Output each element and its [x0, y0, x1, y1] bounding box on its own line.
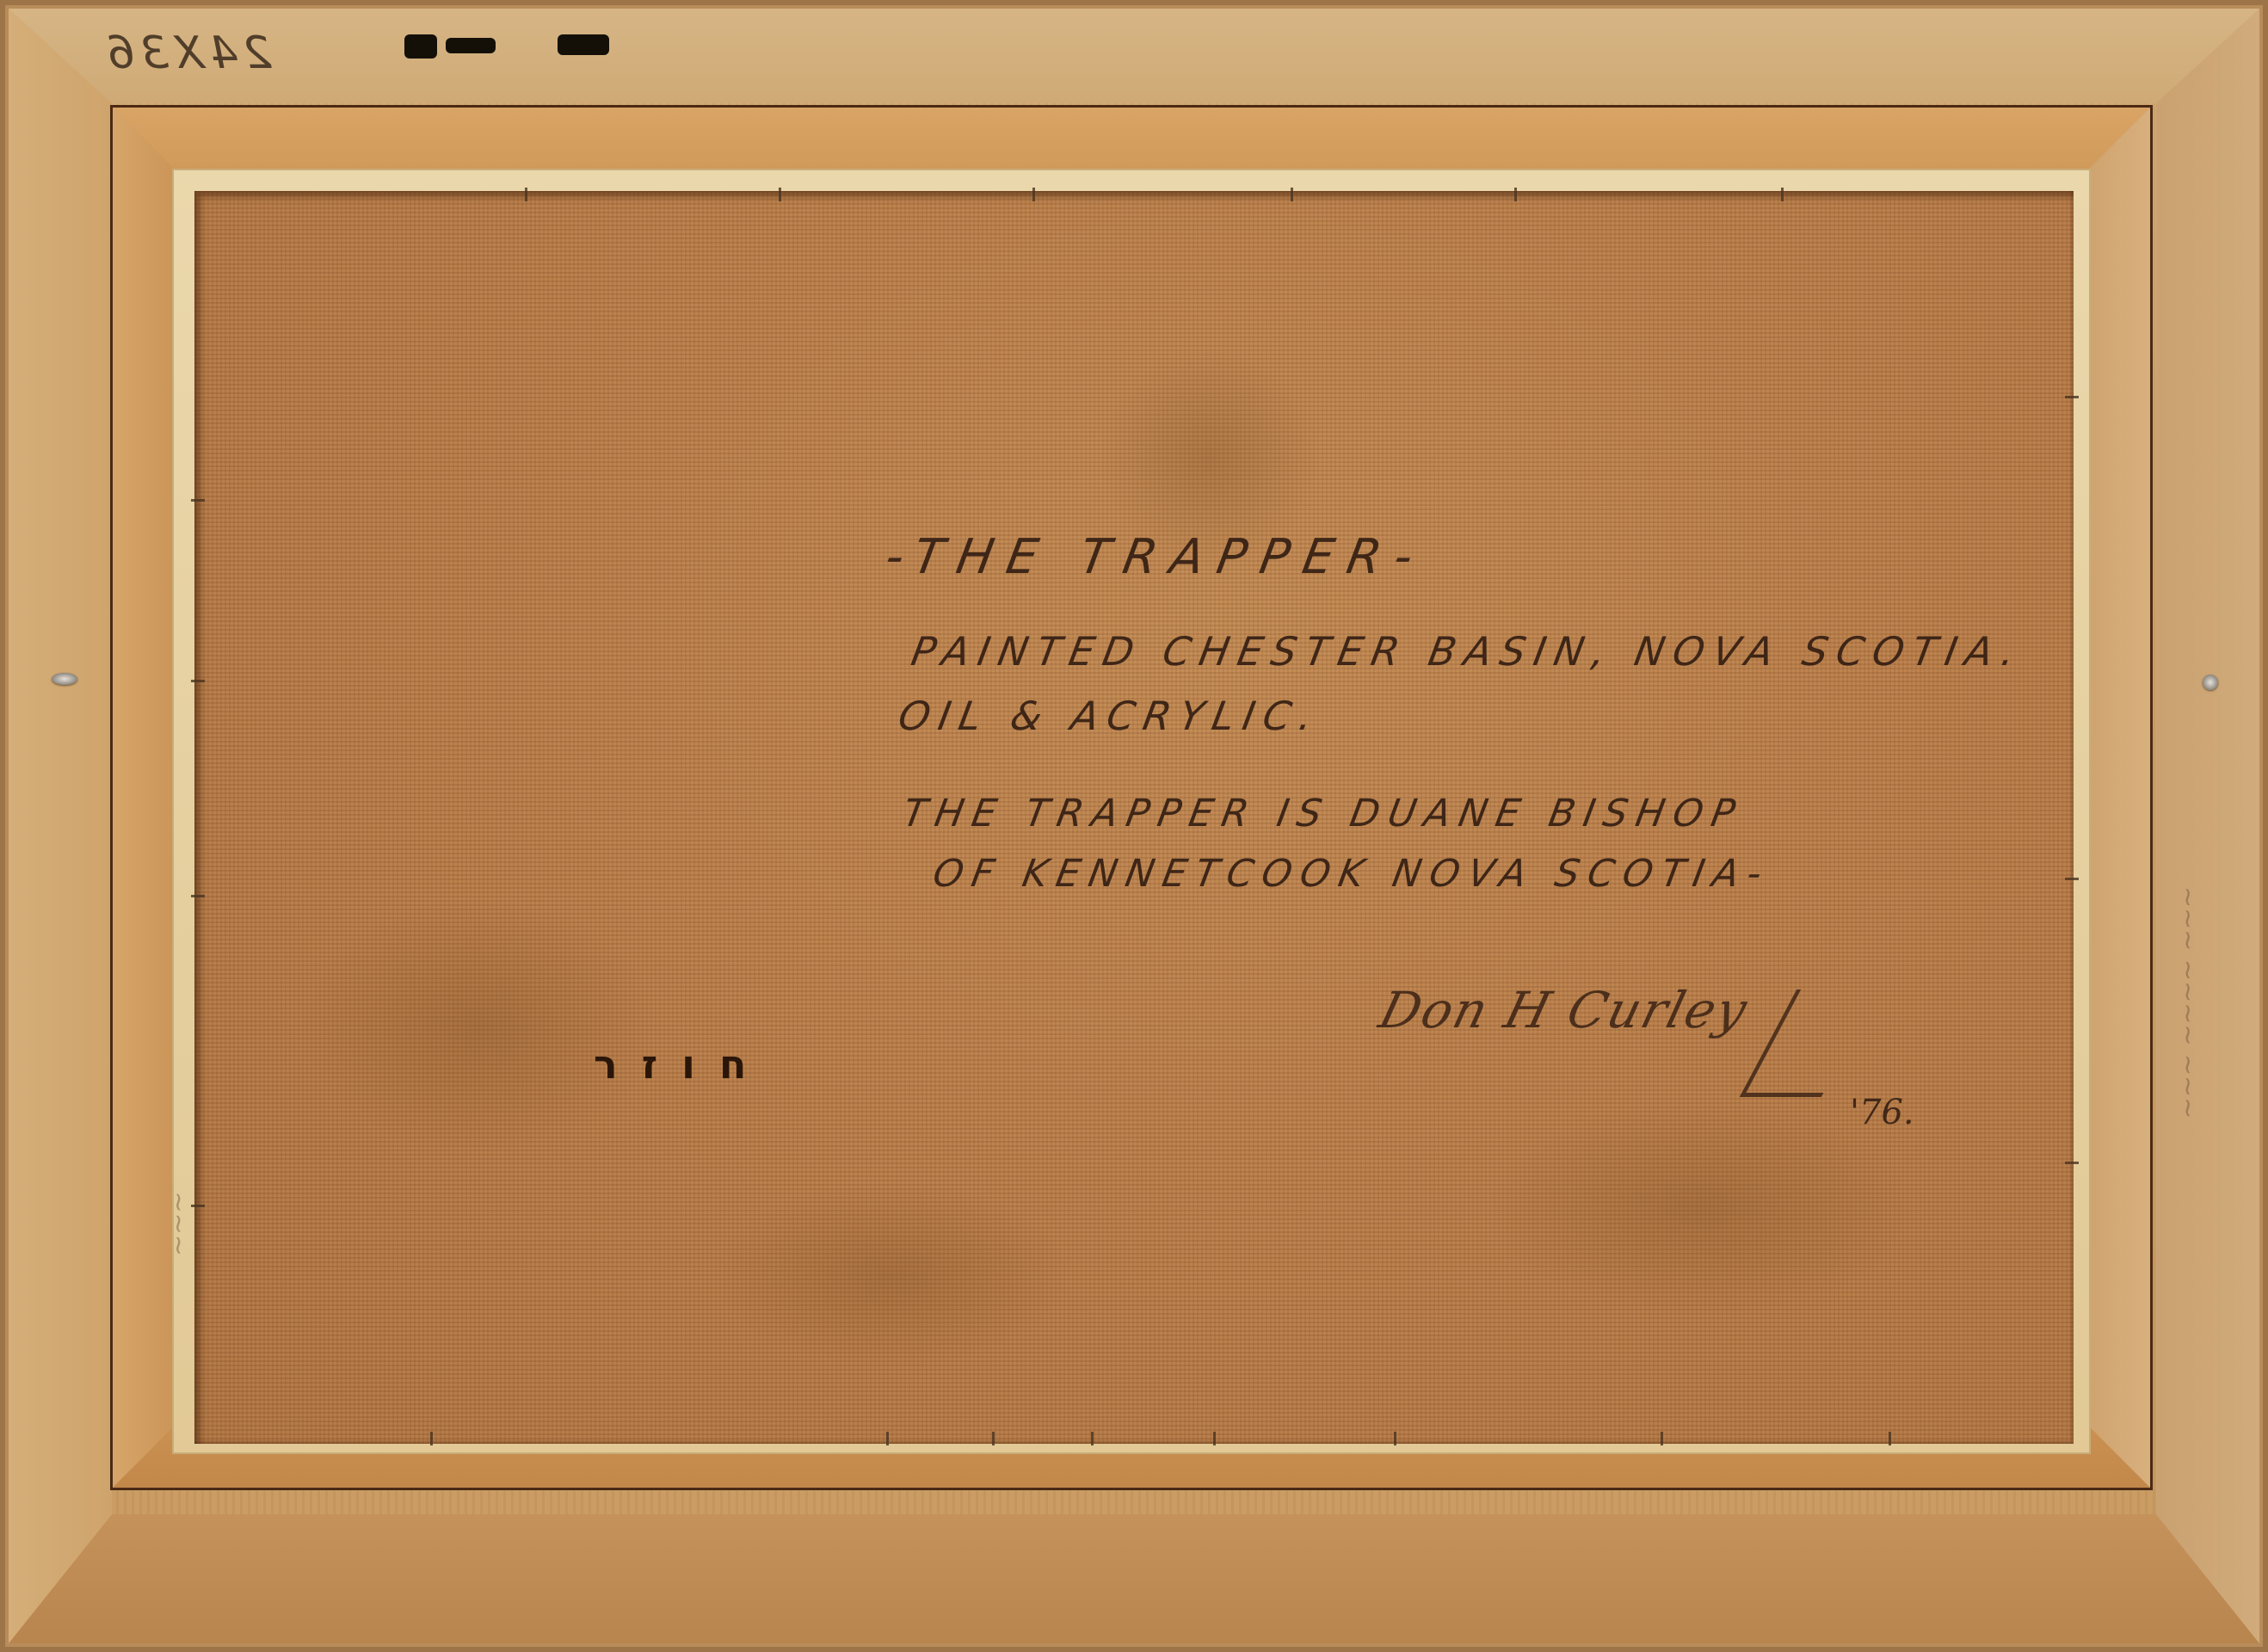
- outer-frame-bottom: [9, 1514, 2259, 1643]
- redaction-mark: [446, 38, 496, 53]
- redaction-mark: [404, 34, 437, 59]
- screw-eye-left: [52, 673, 77, 685]
- pencil-note: ~~~ ~~~~ ~~~: [2172, 886, 2203, 1119]
- stain: [298, 897, 659, 1155]
- framed-painting-back: 24X36 -THE TRAPPER- PAINTED CHESTER BASI…: [0, 0, 2268, 1652]
- inscription-location: PAINTED CHESTER BASIN, NOVA SCOTIA.: [908, 628, 2027, 675]
- staple: [1889, 1432, 1891, 1445]
- staple: [430, 1432, 433, 1445]
- staple: [992, 1432, 995, 1445]
- staple: [525, 188, 527, 201]
- inscription-subject: THE TRAPPER IS DUANE BISHOP: [900, 792, 1747, 835]
- staple: [191, 680, 205, 682]
- staple: [886, 1432, 889, 1445]
- staple: [1213, 1432, 1216, 1445]
- signature-year: '76.: [1850, 1093, 1914, 1132]
- inner-frame-left: [113, 108, 175, 1488]
- inner-frame-right: [2088, 108, 2150, 1488]
- staple: [2065, 878, 2079, 880]
- inscription-medium: OIL & ACRYLIC.: [895, 693, 1325, 739]
- size-mark: 24X36: [102, 28, 272, 79]
- staple: [1032, 188, 1035, 201]
- outer-frame-right: [2156, 9, 2259, 1643]
- staple: [2065, 396, 2079, 398]
- staple: [191, 895, 205, 897]
- staple: [1514, 188, 1517, 201]
- inscription-title: -THE TRAPPER-: [881, 529, 1431, 585]
- staple: [1394, 1432, 1396, 1445]
- inscription-subject-origin: OF KENNETCOOK NOVA SCOTIA-: [930, 852, 1774, 896]
- staple: [1661, 1432, 1663, 1445]
- staple: [2065, 1162, 2079, 1164]
- stain: [711, 1180, 1072, 1370]
- screw-eye-right: [2203, 675, 2218, 690]
- staple: [1291, 188, 1293, 201]
- outer-frame-top: [9, 9, 2259, 103]
- staple: [1781, 188, 1784, 201]
- staple: [1091, 1432, 1094, 1445]
- stamp-mark: חוזר: [594, 1041, 771, 1088]
- outer-frame-left: [9, 9, 112, 1643]
- pencil-note: ~~~: [163, 1192, 194, 1256]
- staple: [191, 499, 205, 502]
- inner-frame-top: [113, 108, 2150, 170]
- staple: [779, 188, 781, 201]
- artist-signature: Don H Curley: [1374, 981, 1754, 1039]
- redaction-mark: [558, 34, 609, 55]
